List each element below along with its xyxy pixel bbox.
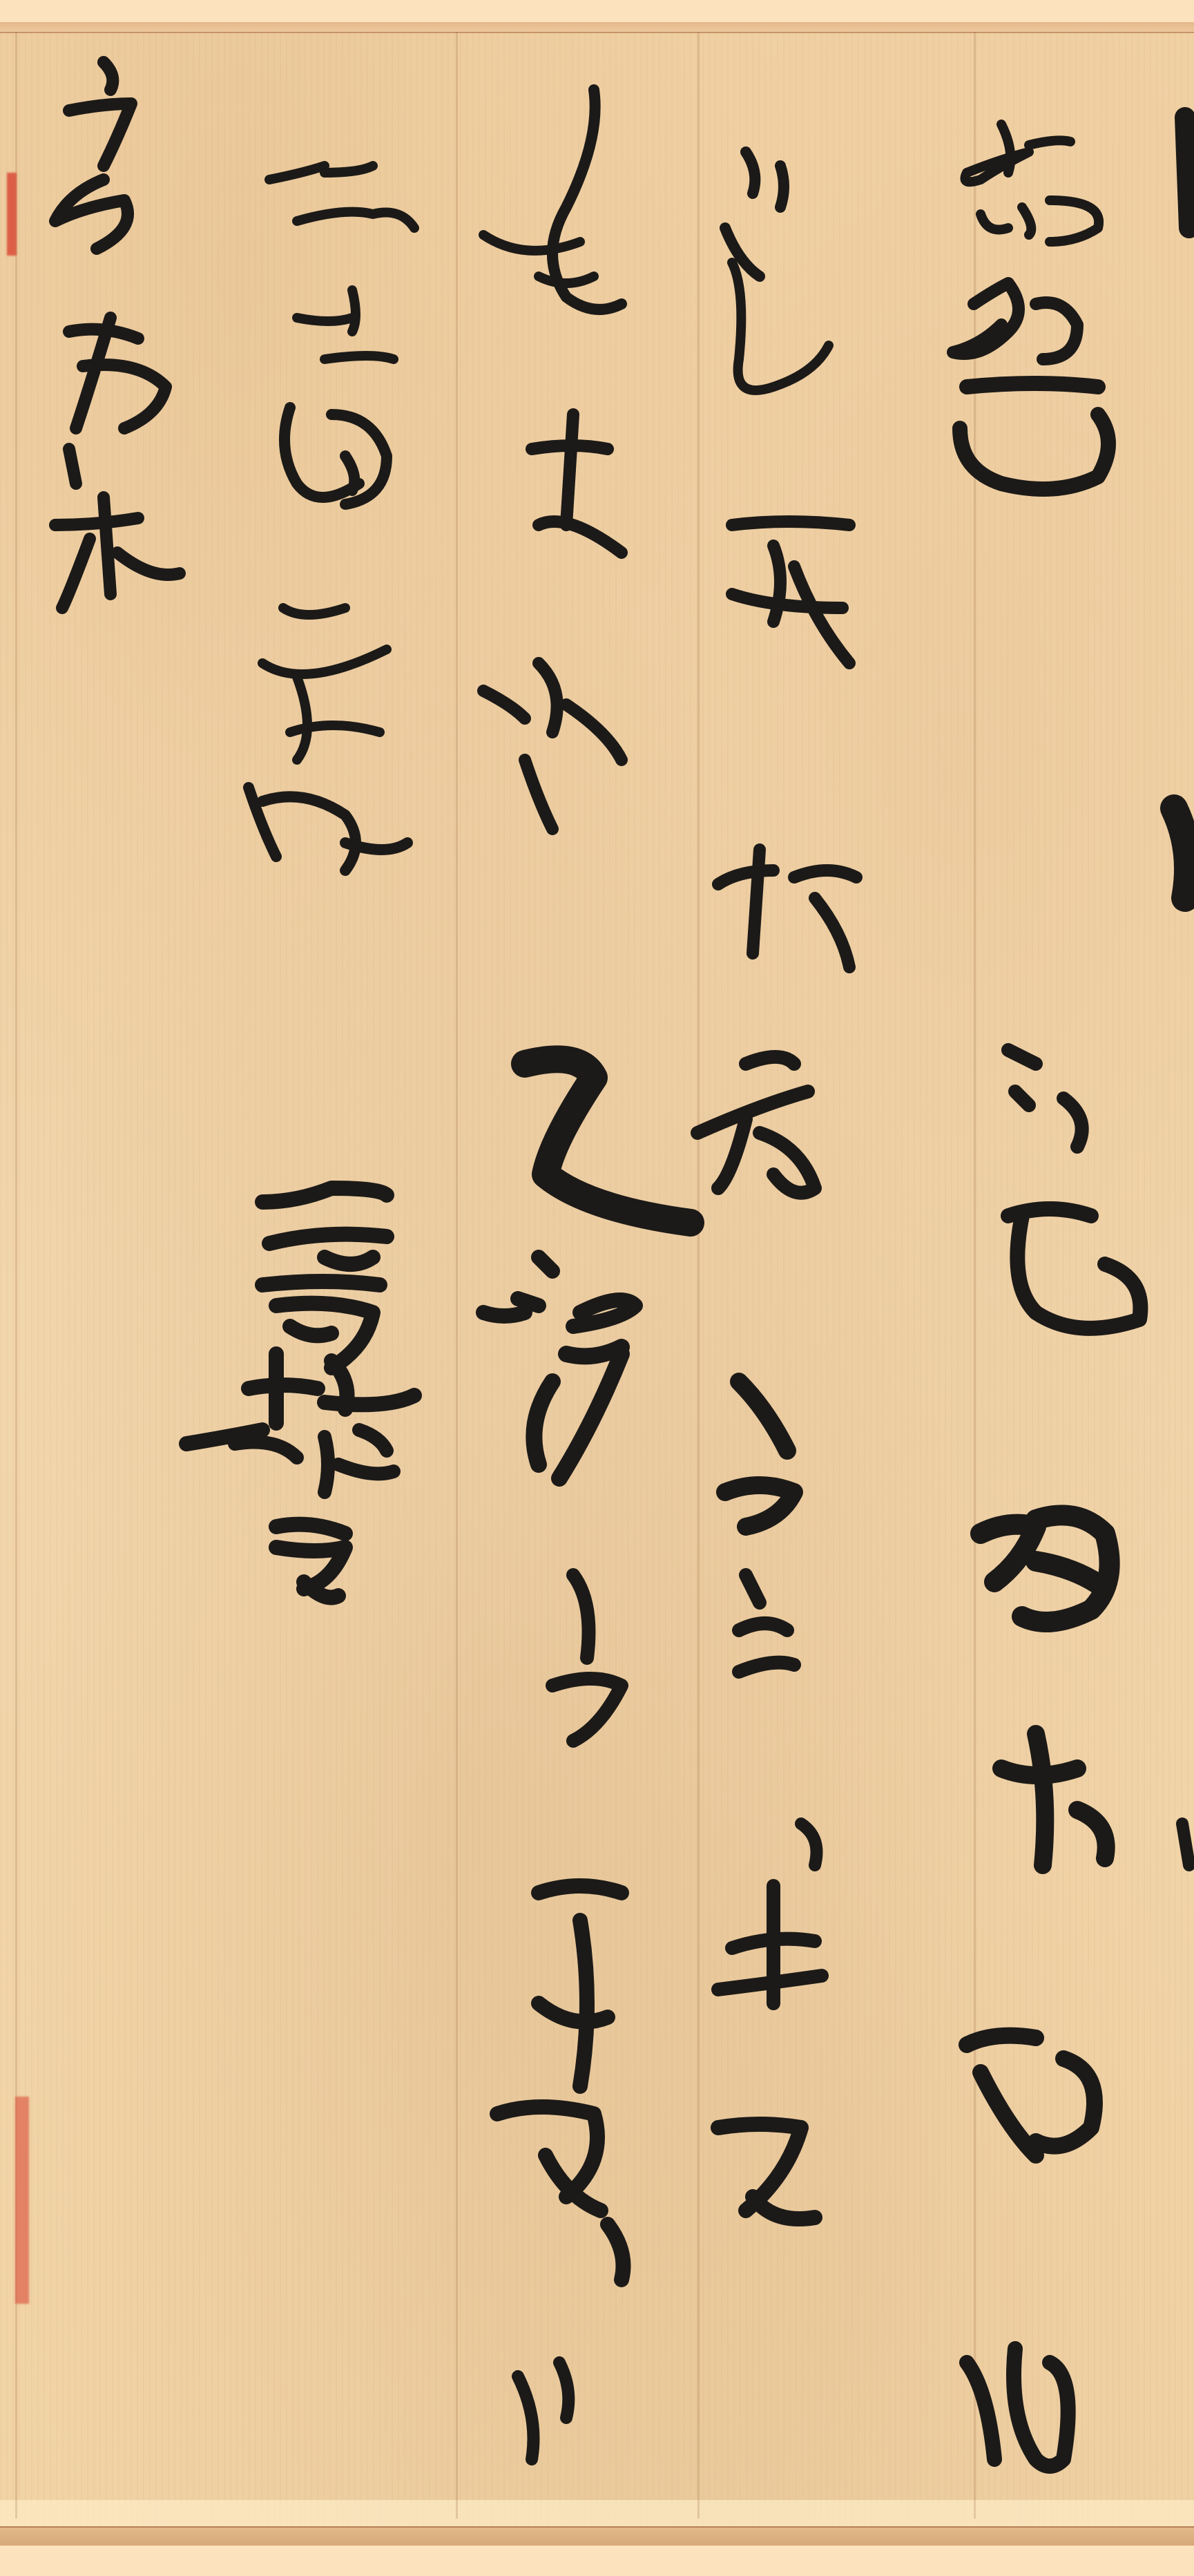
column-5-characters: [186, 166, 414, 1598]
column-1-characters: [1174, 117, 1189, 1865]
calligraphy-ink-strokes: [0, 0, 1194, 2576]
column-6-characters: [55, 62, 180, 608]
column-2-characters: [953, 124, 1140, 2466]
column-4-characters: [483, 90, 691, 2459]
column-3-characters: [697, 152, 856, 2219]
